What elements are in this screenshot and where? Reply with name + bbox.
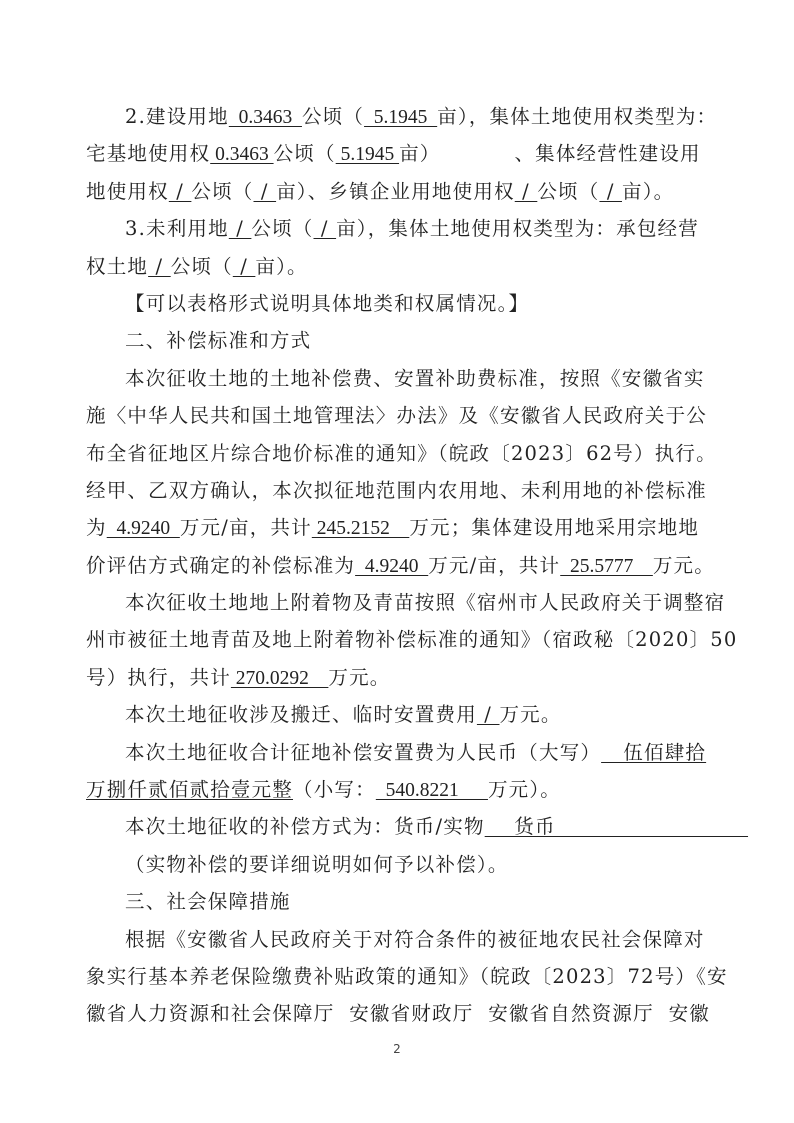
total-amount-uppercase-part2: 万捌仟贰佰贰拾壹元整 [86, 778, 293, 801]
section-heading-compensation: 二、补偿标准和方式 [86, 322, 722, 359]
total-line-2: 万捌仟贰佰贰拾壹元整（小写： 540.8221 万元）。 [86, 771, 722, 808]
text: 万元/亩，共计 [180, 516, 312, 539]
text: 地使用权 [86, 180, 169, 203]
text: 万元。 [499, 703, 561, 726]
document-page: 2.建设用地 0.3463 公顷（ 5.1945 亩），集体土地使用权类型为： … [0, 0, 794, 1123]
homestead-hectares: 0.3463 [210, 144, 273, 165]
text: 2.建设用地 [125, 105, 229, 128]
text: 本次土地征收的补偿方式为：货币/实物 [125, 815, 485, 838]
construction-land-hectares: 0.3463 [229, 107, 302, 128]
compensation-standard-line-5: 为 4.9240 万元/亩，共计 245.2152 万元；集体建设用地采用宗地地 [86, 509, 722, 546]
text: 号）执行，共计 [86, 666, 231, 689]
text: 本次土地征收涉及搬迁、临时安置费用 [125, 703, 477, 726]
text: 公顷（ [191, 180, 253, 203]
total-amount-numeric: 540.8221 [376, 780, 488, 801]
social-security-line-3: 徽省人力资源和社会保障厅 安徽省财政厅 安徽省自然资源厅 安徽 [86, 995, 722, 1032]
attachments-line-2: 州市被征土地青苗及地上附着物补偿标准的通知》（宿政秘〔2020〕50 [86, 621, 722, 658]
township-enterprise-mu: / [599, 180, 622, 203]
page-number: 2 [0, 1042, 794, 1056]
compensation-standard-line-2: 施〈中华人民共和国土地管理法〉办法》及《安徽省人民政府关于公 [86, 397, 722, 434]
text: 亩）、乡镇企业用地使用权 [276, 180, 515, 203]
compensation-method-value: 货币 [485, 815, 748, 838]
text: 权土地 [86, 255, 148, 278]
text: 亩）。 [255, 255, 307, 278]
text: 公顷（ [171, 255, 233, 278]
text: 3.未利用地 [125, 217, 229, 240]
relocation-cost-line: 本次土地征收涉及搬迁、临时安置费用 / 万元。 [86, 696, 722, 733]
contract-land-mu: / [233, 255, 256, 278]
collective-business-hectares: / [169, 180, 192, 203]
construction-land-line-2: 宅基地使用权 0.3463 公顷（ 5.1945 亩） 、集体经营性建设用 [86, 135, 722, 172]
total-line-1: 本次土地征收合计征地补偿安置费为人民币（大写） 伍佰肆拾 [86, 734, 722, 771]
text: 万元）。 [488, 778, 561, 801]
text: 为 [86, 516, 107, 539]
text: 亩），集体土地使用权类型为： [437, 105, 717, 128]
text: 亩） 、集体经营性建设用 [399, 142, 701, 165]
social-security-line-2: 象实行基本养老保险缴费补贴政策的通知》（皖政〔2023〕72号）《安 [86, 958, 722, 995]
in-kind-note: （实物补偿的要详细说明如何予以补偿）。 [86, 846, 722, 883]
text: 公顷（ [302, 105, 364, 128]
text: 公顷（ [537, 180, 599, 203]
compensation-standard-line-6: 价评估方式确定的补偿标准为 4.9240 万元/亩，共计 25.5777 万元。 [86, 547, 722, 584]
text: 万元；集体建设用地采用宗地地 [409, 516, 699, 539]
text: 万元。 [653, 554, 715, 577]
attachments-total: 270.0292 [231, 668, 329, 689]
total-amount-uppercase-part1: 伍佰肆拾 [601, 741, 706, 764]
construction-land-rate: 4.9240 [355, 556, 428, 577]
construction-land-line-1: 2.建设用地 0.3463 公顷（ 5.1945 亩），集体土地使用权类型为： [86, 98, 722, 135]
unused-land-line-2: 权土地 / 公顷（ / 亩）。 [86, 248, 722, 285]
social-security-line-1: 根据《安徽省人民政府关于对符合条件的被征地农民社会保障对 [86, 921, 722, 958]
text: 公顷（ [274, 142, 336, 165]
text: 公顷（ [251, 217, 313, 240]
township-enterprise-hectares: / [515, 180, 538, 203]
attachments-line-3: 号）执行，共计 270.0292 万元。 [86, 659, 722, 696]
text: 价评估方式确定的补偿标准为 [86, 554, 355, 577]
text: 本次土地征收合计征地补偿安置费为人民币（大写） [125, 741, 601, 764]
section-heading-social-security: 三、社会保障措施 [86, 883, 722, 920]
compensation-standard-line-4: 经甲、乙双方确认，本次拟征地范围内农用地、未利用地的补偿标准 [86, 472, 722, 509]
collective-business-mu: / [254, 180, 277, 203]
unused-land-hectares: / [229, 217, 252, 240]
relocation-cost-value: / [477, 703, 500, 726]
unused-land-mu: / [314, 217, 337, 240]
text: 宅基地使用权 [86, 142, 210, 165]
compensation-standard-line-3: 布全省征地区片综合地价标准的通知》（皖政〔2023〕62号）执行。 [86, 435, 722, 472]
contract-land-hectares: / [148, 255, 171, 278]
farmland-total: 245.2152 [312, 518, 410, 539]
attachments-line-1: 本次征收土地地上附着物及青苗按照《宿州市人民政府关于调整宿 [86, 584, 722, 621]
compensation-standard-line-1: 本次征收土地的土地补偿费、安置补助费标准，按照《安徽省实 [86, 360, 722, 397]
unused-land-line-1: 3.未利用地 / 公顷（ / 亩），集体土地使用权类型为：承包经营 [86, 210, 722, 247]
text: （小写： [293, 778, 376, 801]
homestead-mu: 5.1945 [336, 144, 399, 165]
document-body: 2.建设用地 0.3463 公顷（ 5.1945 亩），集体土地使用权类型为： … [86, 98, 722, 1033]
farmland-rate: 4.9240 [107, 518, 180, 539]
compensation-method-line: 本次土地征收的补偿方式为：货币/实物 货币 [86, 808, 722, 845]
text: 亩）。 [622, 180, 674, 203]
text: 万元。 [328, 666, 390, 689]
text: 亩），集体土地使用权类型为：承包经营 [336, 217, 699, 240]
construction-land-line-3: 地使用权 / 公顷（ / 亩）、乡镇企业用地使用权 / 公顷（ / 亩）。 [86, 173, 722, 210]
construction-land-total: 25.5777 [560, 556, 653, 577]
table-note: 【可以表格形式说明具体地类和权属情况。】 [86, 285, 722, 322]
text: 万元/亩，共计 [428, 554, 560, 577]
construction-land-mu: 5.1945 [364, 107, 437, 128]
